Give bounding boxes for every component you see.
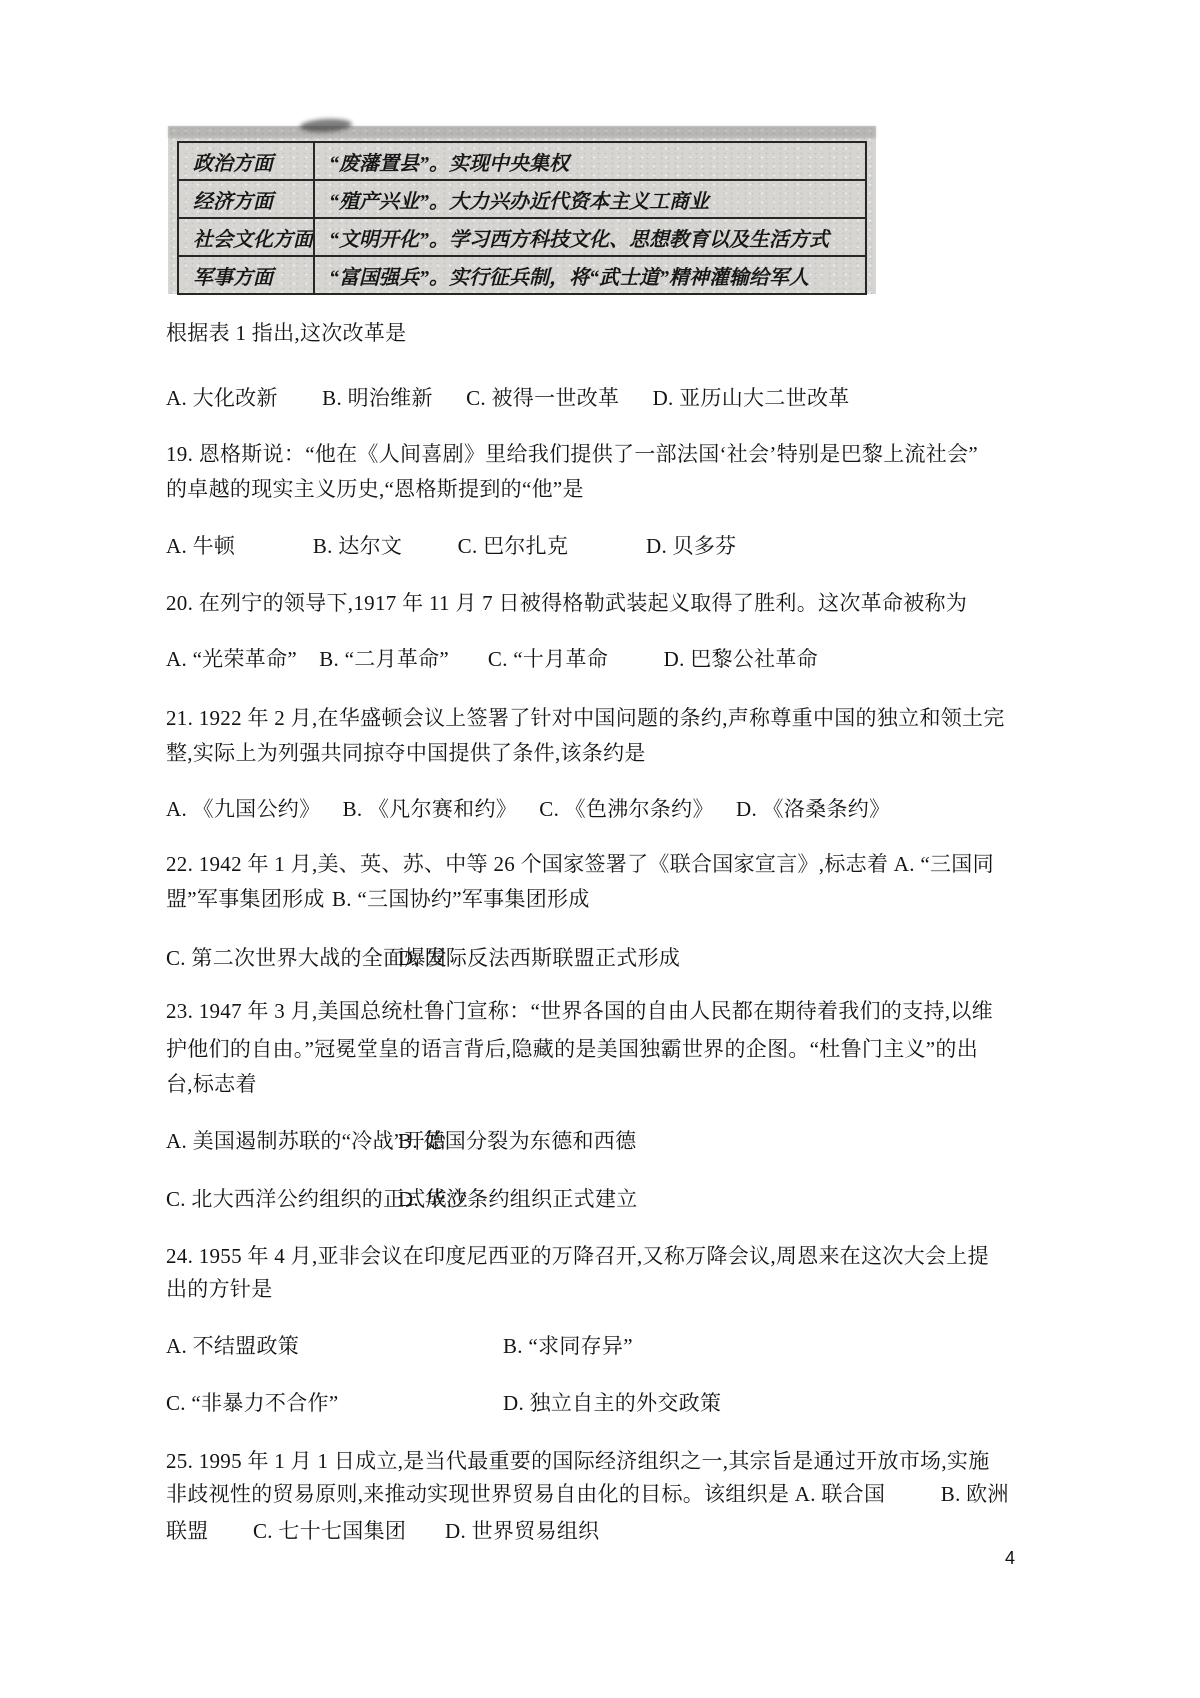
table-row-desc: “殖产兴业”。大力兴办近代资本主义工商业 bbox=[314, 180, 866, 218]
table-row: 军事方面 “富国强兵”。实行征兵制，将“武士道”精神灌输给军人 bbox=[178, 256, 866, 294]
q23-stem-line-2: 护他们的自由。”冠冕堂皇的语言背后,隐藏的是美国独霸世界的企图。“杜鲁门主义”的… bbox=[166, 1036, 978, 1062]
table-row-label: 政治方面 bbox=[178, 142, 314, 180]
q21-options: A. 《九国公约》 B. 《凡尔赛和约》 C. 《色沸尔条约》 D. 《洛桑条约… bbox=[166, 796, 890, 822]
table-row-desc: “废藩置县”。实现中央集权 bbox=[314, 142, 866, 180]
q22-stem-line-1: 22. 1942 年 1 月,美、英、苏、中等 26 个国家签署了《联合国家宣言… bbox=[166, 851, 994, 877]
q21-stem-line-1: 21. 1922 年 2 月,在华盛顿会议上签署了针对中国问题的条约,声称尊重中… bbox=[166, 705, 1005, 731]
q24-options-cd: C. “非暴力不合作” D. 独立自主的外交政策 bbox=[166, 1390, 721, 1416]
q24-option-b: B. “求同存异” bbox=[503, 1333, 633, 1359]
q20-stem-line-1: 20. 在列宁的领导下,1917 年 11 月 7 日被得格勒武装起义取得了胜利… bbox=[166, 590, 967, 616]
table-row: 社会文化方面 “文明开化”。学习西方科技文化、思想教育以及生活方式 bbox=[178, 218, 866, 256]
q23-option-d: D. 华沙条约组织正式建立 bbox=[398, 1186, 638, 1212]
q21-stem-line-2: 整,实际上为列强共同掠夺中国提供了条件,该条约是 bbox=[166, 740, 646, 766]
q23-option-c: C. 北大西洋公约组织的正式成立 bbox=[166, 1186, 398, 1212]
q22-option-c: C. 第二次世界大战的全面爆发 bbox=[166, 945, 398, 971]
q23-stem-line-1: 23. 1947 年 3 月,美国总统杜鲁门宣称：“世界各国的自由人民都在期待着… bbox=[166, 998, 993, 1024]
q22-option-b: B. “三国协约”军事集团形成 bbox=[332, 886, 590, 912]
q23-option-a: A. 美国遏制苏联的“冷战”开始 bbox=[166, 1128, 398, 1154]
q23-options-ab: A. 美国遏制苏联的“冷战”开始 B. 德国分裂为东德和西德 bbox=[166, 1128, 636, 1154]
q24-stem-line-2: 出的方针是 bbox=[166, 1276, 273, 1302]
q23-options-cd: C. 北大西洋公约组织的正式成立 D. 华沙条约组织正式建立 bbox=[166, 1186, 638, 1212]
q18-stem: 根据表 1 指出,这次改革是 bbox=[166, 320, 406, 346]
q20-options: A. “光荣革命” B. “二月革命” C. “十月革命 D. 巴黎公社革命 bbox=[166, 646, 818, 672]
q22-option-a-tail: 盟”军事集团形成 bbox=[166, 886, 332, 912]
scan-artifact-strip bbox=[168, 126, 876, 138]
q19-stem-line-2: 的卓越的现实主义历史,“恩格斯提到的“他”是 bbox=[166, 476, 584, 502]
table-row: 政治方面 “废藩置县”。实现中央集权 bbox=[178, 142, 866, 180]
q19-stem-line-1: 19. 恩格斯说：“他在《人间喜剧》里给我们提供了一部法国‘社会’特别是巴黎上流… bbox=[166, 441, 978, 467]
meiji-reform-table: 政治方面 “废藩置县”。实现中央集权 经济方面 “殖产兴业”。大力兴办近代资本主… bbox=[177, 141, 867, 295]
q24-stem-line-1: 24. 1955 年 4 月,亚非会议在印度尼西亚的万降召开,又称万降会议,周恩… bbox=[166, 1243, 989, 1269]
q25-stem-line-1: 25. 1995 年 1 月 1 日成立,是当代最重要的国际经济组织之一,其宗旨… bbox=[166, 1448, 990, 1474]
q19-options: A. 牛顿 B. 达尔文 C. 巴尔扎克 D. 贝多芬 bbox=[166, 533, 736, 559]
q25-stem-line-2: 非歧视性的贸易原则,来推动实现世界贸易自由化的目标。该组织是 A. 联合国 B.… bbox=[166, 1481, 1009, 1507]
table-row-label: 经济方面 bbox=[178, 180, 314, 218]
q22-option-d: D. 国际反法西斯联盟正式形成 bbox=[398, 945, 680, 971]
table-row-label: 军事方面 bbox=[178, 256, 314, 294]
q24-option-d: D. 独立自主的外交政策 bbox=[503, 1390, 721, 1416]
q18-options: A. 大化改新 B. 明治维新 C. 被得一世改革 D. 亚历山大二世改革 bbox=[166, 385, 850, 411]
q23-option-b: B. 德国分裂为东德和西德 bbox=[398, 1128, 636, 1154]
page-number: 4 bbox=[1005, 1548, 1015, 1569]
table-row-desc: “富国强兵”。实行征兵制，将“武士道”精神灌输给军人 bbox=[314, 256, 866, 294]
table-row-label: 社会文化方面 bbox=[178, 218, 314, 256]
q22-stem-line-2: 盟”军事集团形成 B. “三国协约”军事集团形成 bbox=[166, 886, 590, 912]
q25-stem-line-3: 联盟 C. 七十七国集团 D. 世界贸易组织 bbox=[166, 1518, 599, 1544]
q24-option-c: C. “非暴力不合作” bbox=[166, 1390, 398, 1416]
table-row-desc: “文明开化”。学习西方科技文化、思想教育以及生活方式 bbox=[314, 218, 866, 256]
q24-option-a: A. 不结盟政策 bbox=[166, 1333, 398, 1359]
q22-options-cd: C. 第二次世界大战的全面爆发 D. 国际反法西斯联盟正式形成 bbox=[166, 945, 680, 971]
q24-options-ab: A. 不结盟政策 B. “求同存异” bbox=[166, 1333, 633, 1359]
table-row: 经济方面 “殖产兴业”。大力兴办近代资本主义工商业 bbox=[178, 180, 866, 218]
exam-page: 政治方面 “废藩置县”。实现中央集权 经济方面 “殖产兴业”。大力兴办近代资本主… bbox=[0, 0, 1200, 1698]
q23-stem-line-3: 台,标志着 bbox=[166, 1071, 257, 1097]
